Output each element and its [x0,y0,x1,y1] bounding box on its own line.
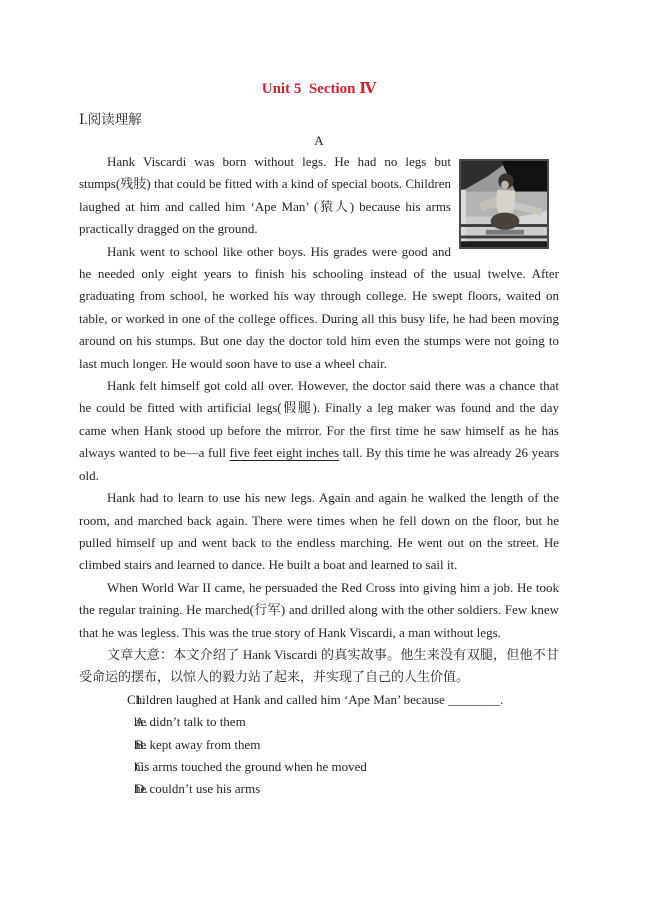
option-d: D.he couldn’t use his arms [79,778,559,800]
option-a-text: he didn’t talk to them [134,714,246,729]
worksheet-page: Unit 5 Section Ⅳ Ⅰ.阅读理解 A [0,0,650,920]
question-stem: Children laughed at Hank and called him … [127,692,503,707]
passage-paragraph-3: Hank felt himself got cold all over. How… [79,375,559,487]
section-heading: Ⅰ.阅读理解 [79,111,559,129]
option-b-label: B. [107,734,134,756]
option-b: B.he kept away from them [79,734,559,756]
document-body: Unit 5 Section Ⅳ Ⅰ.阅读理解 A [79,80,559,801]
option-a: A.he didn’t talk to them [79,711,559,733]
passage-label: A [79,131,559,151]
question-1: 1.Children laughed at Hank and called hi… [79,689,559,711]
passage-paragraph-2: Hank went to school like other boys. His… [79,241,559,375]
option-d-text: he couldn’t use his arms [134,781,260,796]
passage-paragraph-4: Hank had to learn to use his new legs. A… [79,487,559,577]
passage-summary: 文章大意：本文介绍了 Hank Viscardi 的真实故事。他生来没有双腿，但… [79,644,559,689]
option-a-label: A. [107,711,134,733]
reading-passage: Hank Viscardi was born without legs. He … [79,151,559,801]
passage-photo-wrap [451,151,559,249]
option-c: C.his arms touched the ground when he mo… [79,756,559,778]
option-b-text: he kept away from them [134,737,260,752]
option-d-label: D. [107,778,134,800]
passage-paragraph-5: When World War II came, he persuaded the… [79,577,559,644]
option-c-label: C. [107,756,134,778]
question-number: 1. [107,689,127,711]
hank-viscardi-photo [459,159,549,249]
underlined-phrase: five feet eight inches [230,445,340,460]
page-title: Unit 5 Section Ⅳ [79,80,559,98]
photo-illustration [461,161,547,247]
option-c-text: his arms touched the ground when he move… [134,759,367,774]
